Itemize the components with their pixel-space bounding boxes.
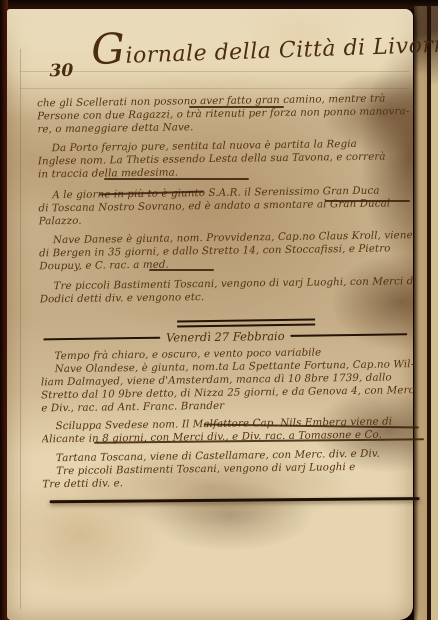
entry-paragraph: Nave Danese è giunta, nom. Provvidenza, … [39, 229, 414, 273]
section-divider-rule [177, 319, 315, 328]
section-date-header: Venerdì 27 Febbraio [166, 329, 285, 345]
underline-mark [189, 106, 284, 108]
underline-mark [104, 178, 249, 180]
underline-mark [149, 269, 214, 271]
page-stack-edge-outer [431, 6, 438, 620]
date-rule-left [43, 337, 160, 341]
entry-paragraph: Da Porto ferrajo pure, sentita tal nuova… [38, 137, 413, 181]
entry-paragraph: A le giorne in più to è giunto S.A.R. il… [38, 184, 413, 228]
date-header-row: Venerdì 27 Febbraio [43, 327, 407, 346]
entry-paragraph: Nave Olandese, è giunta, nom.ta La Spett… [41, 358, 416, 415]
entry-paragraph: Tartana Toscana, viene di Castellamare, … [42, 447, 417, 491]
date-rule-right [291, 333, 408, 337]
underline-mark [325, 200, 410, 202]
journal-title: Giornale della Città di Livorno [91, 29, 412, 70]
entry-closing-rule [50, 497, 420, 503]
manuscript-page: 30 Giornale della Città di Livorno che g… [7, 9, 413, 620]
entry-paragraph: Tre piccoli Bastimenti Toscani, vengono … [40, 275, 414, 306]
handwriting-layer: 30 Giornale della Città di Livorno che g… [3, 6, 417, 620]
page-number: 30 [49, 61, 73, 81]
entry-paragraph: che gli Scellerati non possono aver fatt… [37, 92, 412, 136]
